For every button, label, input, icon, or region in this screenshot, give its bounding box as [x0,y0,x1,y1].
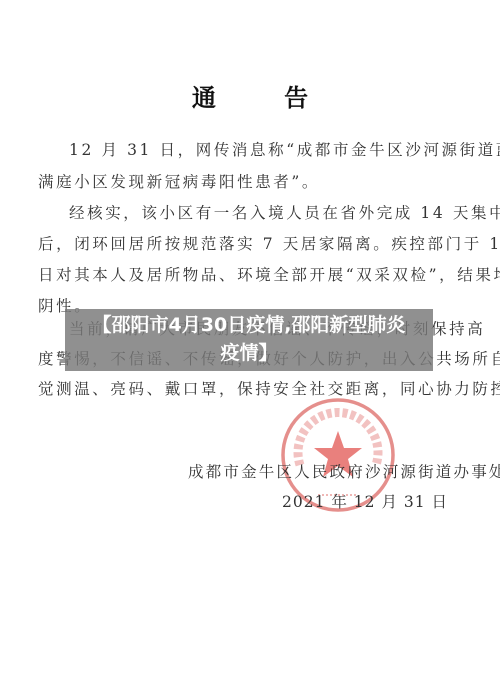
caption-text: 【邵阳市4月30日疫情,邵阳新型肺炎 疫情】 [65,311,433,367]
paragraph-2-line-1: 经核实，该小区有一名入境人员在省外完成 14 天集中隔离 [69,203,500,223]
paragraph-1-line-1: 12 月 31 日，网传消息称“成都市金牛区沙河源街道蓝光花 [69,140,500,160]
paragraph-1-line-2: 满庭小区发现新冠病毒阳性患者”。 [38,172,478,192]
signature-date: 2021 年 12 月 31 日 [282,490,448,512]
document-title: 通 告 [0,78,500,113]
signature-organization: 成都市金牛区人民政府沙河源街道办事处 [188,460,500,482]
paragraph-2-line-3: 日对其本人及居所物品、环境全部开展“双采双检”，结果均为 [38,265,478,285]
caption-line-1: 【邵阳市4月30日疫情,邵阳新型肺炎 [65,311,433,339]
caption-line-2: 疫情】 [65,339,433,367]
paragraph-3-line-3: 觉测温、亮码、戴口罩，保持安全社交距离，同心协力防控疫情。 [38,379,478,399]
paragraph-2-line-2: 后，闭环回居所按规范落实 7 天居家隔离。疾控部门于 12 月 31 [38,234,478,254]
